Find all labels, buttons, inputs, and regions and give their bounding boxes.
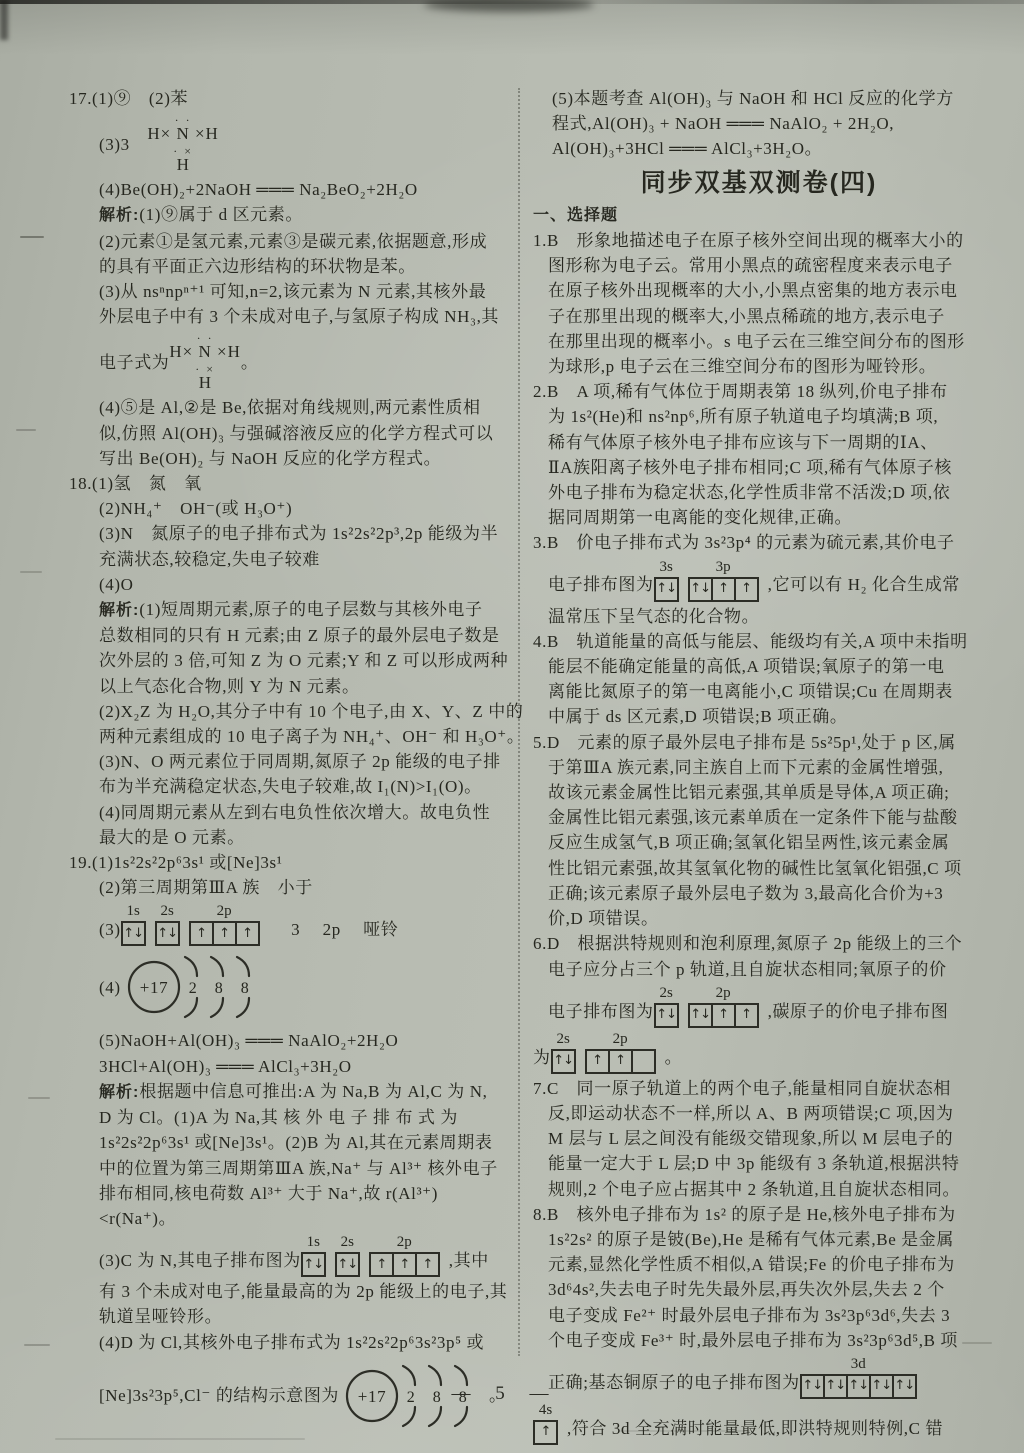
orbital-diagram: (3)C 为 N,其电子排布图为1s↑↓2s↑↓2p↑↑↑,其中 [69, 1233, 515, 1277]
text-line: M 层与 L 层之间没有能级交错现象,所以 M 层电子的 [533, 1126, 985, 1151]
text-line: (4)O [69, 572, 515, 597]
orbital-label: 2p [613, 1030, 628, 1049]
text-run: (3)3 [99, 132, 147, 157]
text-line: (5)NaOH+Al(OH)₃ ═══ NaAlO₂+2H₂O [69, 1028, 515, 1053]
orbital-group-2p: 2p↑↑ [585, 1030, 656, 1074]
orbital-box: ↑↓ [335, 1252, 360, 1277]
orbital-group-2p: 2p↑↓↑↑ [688, 984, 759, 1028]
text-line: 解析:根据题中信息可推出:A 为 Na,B 为 Al,C 为 N, [69, 1079, 515, 1105]
text-run: 。 [665, 1045, 683, 1074]
text-line: 稀有气体原子核外电子排布应该与下一周期的ⅠA、 [533, 430, 985, 455]
text-run: (4) [99, 975, 121, 1000]
text-line: 19.(1)1s²2s²2p⁶3s¹ 或[Ne]3s¹ [69, 850, 515, 875]
text-line: 温常压下呈气态的化合物。 [533, 604, 985, 629]
orbital-label: 2s [160, 902, 173, 921]
margin-mark [28, 1097, 50, 1099]
text-run: ,符合 3d 全充满时能量最低,即洪特规则特例,C 错 [567, 1416, 943, 1445]
lewis-structure: (3)3 · ·H× N ×H· ×H [69, 114, 515, 174]
text-line: 布为半充满稳定状态,失电子较难,故 I₁(N)>I₁(O)。 [69, 774, 515, 799]
text-line: 以上气态化合物,则 Y 为 N 元素。 [69, 674, 515, 699]
text-line: 5.D 元素的原子最外层电子排布是 5s²5p¹,处于 p 区,属 [533, 730, 985, 755]
text-line: 的具有平面正六边形结构的环状物是苯。 [69, 254, 515, 279]
text-run: 。 [241, 350, 259, 375]
text-line: (2)第三周期第ⅢA 族 小于 [69, 875, 515, 900]
svg-text:8: 8 [240, 980, 249, 997]
atom-shell-drawing: +17288 [121, 948, 271, 1026]
text-line: 为 1s²(He)和 ns²np⁶,所有原子轨道电子均填满;B 项, [533, 404, 985, 429]
text-line: 两种元素组成的 10 电子离子为 NH₄⁺、OH⁻ 和 H₃O⁺。 [69, 724, 515, 749]
text-line: 有 3 个未成对电子,能量最高的为 2p 能级上的电子,其 [69, 1279, 515, 1304]
lewis-row: H× N ×H [169, 343, 241, 363]
orbital-group-2s: 2s↑↓ [654, 984, 679, 1028]
orbital-box: ↑ [608, 1049, 633, 1074]
text-line: ⅡA族阳离子核外电子排布相同;C 项,稀有气体原子核 [533, 455, 985, 480]
orbital-box: ↑ [711, 1003, 736, 1028]
text-line: 4.B 轨道能量的高低与能层、能级均有关,A 项中未指明 [533, 629, 985, 654]
lewis-structure-rows: · ·H× N ×H· ×H [147, 114, 219, 174]
text-line: <r(Na⁺)。 [69, 1206, 515, 1231]
text-line: 规则,2 个电子应占据其中 2 条轨道,且自旋状态相同。 [533, 1177, 985, 1202]
text-line: 金属性比铝元素强,该元素单质在一定条件下能与盐酸 [533, 805, 985, 830]
text-line: 反应生成氢气,B 项正确;氢氧化铝呈两性,该元素金属 [533, 830, 985, 855]
text-line: D 为 Cl。(1)A 为 Na,其 核 外 电 子 排 布 式 为 [69, 1105, 515, 1130]
text-run: ,碳原子的价电子排布图 [768, 999, 949, 1028]
text-line: 反,即运动状态不一样,所以 A、B 两项错误;C 项,因为 [533, 1101, 985, 1126]
text-line: (2)元素①是氢元素,元素③是碳元素,依据题意,形成 [69, 229, 515, 254]
text-line: 3d⁶4s²,失去电子时先失最外层,再失次外层,失去 2 个 [533, 1277, 985, 1302]
text-run: 电子排布图为 [548, 999, 654, 1028]
text-run: 电子式为 [99, 350, 169, 375]
text-run: (1)⑨属于 d 区元素。 [139, 205, 303, 224]
margin-mark [24, 1344, 50, 1346]
orbital-label: 2s [341, 1233, 354, 1252]
text-line: 外层电子中有 3 个未成对电子,与氢原子构成 NH₃,其 [69, 304, 515, 329]
margin-mark [20, 571, 42, 573]
svg-text:+17: +17 [139, 978, 167, 997]
text-line: 故该元素金属性比铝元素强,其单质是导体,A 项正确; [533, 780, 985, 805]
svg-text:2: 2 [188, 980, 197, 997]
text-line: 最大的是 O 元素。 [69, 825, 515, 850]
orbital-label: 3s [659, 558, 672, 577]
orbital-box: ↑ [533, 1420, 558, 1445]
text-line: 1s²2s² 的原子是铍(Be),He 是稀有气体元素,Be 是金属 [533, 1227, 985, 1252]
orbital-group-4s: 4s↑ [533, 1401, 558, 1445]
text-line: 中属于 ds 区元素,D 项错误;B 项正确。 [533, 704, 985, 729]
orbital-group-2s: 2s↑↓ [551, 1030, 576, 1074]
orbital-label: 1s [126, 902, 139, 921]
orbital-box: ↑ [392, 1252, 417, 1277]
text-line: 程式,Al(OH)₃ + NaOH ═══ NaAlO₂ + 2H₂O, [533, 111, 985, 136]
text-line: 为球形,p 电子云在三维空间分布的图形为哑铃形。 [533, 354, 985, 379]
text-line: 图形称为电子云。常用小黑点的疏密程度来表示电子 [533, 253, 985, 278]
text-line: 6.D 根据洪特规则和泡利原理,氮原子 2p 能级上的三个 [533, 931, 985, 956]
text-line: 18.(1)氢 氮 氧 [69, 471, 515, 496]
orbital-box: ↑ [189, 921, 214, 946]
text-run: (3)C 为 N,其电子排布图为 [99, 1248, 301, 1277]
text-run: ,其中 [449, 1248, 489, 1277]
orbital-box: ↑↓ [301, 1252, 326, 1277]
text-line: 17.(1)⑨ (2)苯 [69, 86, 515, 111]
text-run: (3) [99, 917, 121, 946]
test-paper-title: 同步双基双测卷(四) [533, 162, 985, 203]
text-run: 3 2p 哑铃 [269, 917, 399, 946]
orbital-label: 2p [397, 1233, 412, 1252]
text-line: 1.B 形象地描述电子在原子核外空间出现的概率大小的 [533, 228, 985, 253]
text-line: 充满状态,较稳定,失电子较难 [69, 547, 515, 572]
text-line: 2.B A 项,稀有气体位于周期表第 18 纵列,价电子排布 [533, 379, 985, 404]
text-line: 正确;该元素原子最外层电子数为 3,最高化合价为+3 [533, 881, 985, 906]
text-run: 根据题中信息可推出:A 为 Na,B 为 Al,C 为 N, [139, 1082, 487, 1101]
orbital-box: ↑ [585, 1049, 610, 1074]
scan-top-smudge [424, 0, 594, 12]
orbital-group-2p: 2p↑↑↑ [369, 1233, 440, 1277]
text-line: (4)Be(OH)₂+2NaOH ═══ Na₂BeO₂+2H₂O [69, 177, 515, 202]
orbital-box: ↑↓ [155, 921, 180, 946]
orbital-box: ↑ [235, 921, 260, 946]
orbital-diagram: 4s↑,符合 3d 全充满时能量最低,即洪特规则特例,C 错 [533, 1401, 985, 1445]
text-run: 为 [533, 1045, 551, 1074]
orbital-label: 3d [851, 1355, 866, 1374]
text-line: (3)N 氮原子的电子排布式为 1s²2s²2p³,2p 能级为半 [69, 521, 515, 546]
text-line: 外电子排布为稳定状态,化学性质非常不活泼;D 项,依 [533, 480, 985, 505]
text-line: 轨道呈哑铃形。 [69, 1304, 515, 1329]
orbital-box: ↑ [734, 577, 759, 602]
scan-bottom-artifact [55, 1438, 305, 1440]
orbital-box: ↑↓ [121, 921, 146, 946]
orbital-box: ↑ [369, 1252, 394, 1277]
text-line: 8.B 核外电子排布为 1s² 的原子是 He,核外电子排布为 [533, 1202, 985, 1227]
text-line: (5)本题考查 Al(OH)₃ 与 NaOH 和 HCl 反应的化学方 [533, 86, 985, 111]
text-line: 排布相同,核电荷数 Al³⁺ 大于 Na⁺,故 r(Al³⁺) [69, 1181, 515, 1206]
orbital-box: ↑ [734, 1003, 759, 1028]
orbital-box: ↑ [415, 1252, 440, 1277]
text-line: 总数相同的只有 H 元素;由 Z 原子的最外层电子数是 [69, 623, 515, 648]
text-line: 在原子核外出现概率的大小,小黑点密集的地方表示电 [533, 278, 985, 303]
text-line: 于第ⅢA 族元素,同主族自上而下元素的金属性增强, [533, 755, 985, 780]
text-line: 3HCl+Al(OH)₃ ═══ AlCl₃+3H₂O [69, 1054, 515, 1079]
text-line: 性比铝元素强,故其氢氧化物的碱性比氢氧化铝强,C 项 [533, 856, 985, 881]
orbital-group-2p: 2p↑↑↑ [189, 902, 260, 946]
text-line: 电子应分占三个 p 轨道,且自旋状态相同;氧原子的价 [533, 957, 985, 982]
text-line: 在那里出现的概率小。s 电子云在三维空间分布的图形 [533, 329, 985, 354]
text-line: 子在那里出现的概率大,小黑点稀疏的地方,表示电子 [533, 304, 985, 329]
text-line: 解析:(1)短周期元素,原子的电子层数与其核外电子 [69, 597, 515, 623]
orbital-box: ↑↓ [688, 577, 713, 602]
orbital-label: 2s [659, 984, 672, 1003]
orbital-box: ↑ [212, 921, 237, 946]
text-line: 次外层的 3 倍,可知 Z 为 O 元素;Y 和 Z 可以形成两种 [69, 648, 515, 673]
section-heading: 一、选择题 [533, 203, 985, 228]
orbital-label: 1s [307, 1233, 320, 1252]
orbital-group-2s: 2s↑↓ [155, 902, 180, 946]
orbital-diagram: 为2s↑↓2p↑↑。 [533, 1030, 985, 1074]
scanned-workbook-page: 17.(1)⑨ (2)苯(3)3 · ·H× N ×H· ×H(4)Be(OH)… [0, 0, 1024, 1453]
orbital-group-2s: 2s↑↓ [335, 1233, 360, 1277]
text-line: 似,仿照 Al(OH)₃ 与强碱溶液反应的化学方程式可以 [69, 421, 515, 446]
margin-mark [16, 429, 36, 431]
orbital-box: ↑↓ [688, 1003, 713, 1028]
orbital-label: 3p [716, 558, 731, 577]
orbital-diagram: (3)1s↑↓2s↑↓2p↑↑↑ 3 2p 哑铃 [69, 902, 515, 946]
text-line: (3)N、O 两元素位于同周期,氮原子 2p 能级的电子排 [69, 749, 515, 774]
orbital-group-1s: 1s↑↓ [301, 1233, 326, 1277]
lewis-structure: 电子式为 · ·H× N ×H· ×H。 [69, 332, 515, 392]
text-run: (1)短周期元素,原子的电子层数与其核外电子 [139, 600, 482, 619]
text-line: (4)D 为 Cl,其核外电子排布式为 1s²2s²2p⁶3s²3p⁵ 或 [69, 1330, 515, 1355]
text-line: (4)同周期元素从左到右电负性依次增大。故电负性 [69, 800, 515, 825]
orbital-label: 2s [556, 1030, 569, 1049]
orbital-label: 2p [716, 984, 731, 1003]
text-line: (2)X₂Z 为 H₂O,其分子中有 10 个电子,由 X、Y、Z 中的 [69, 699, 515, 724]
atomic-structure-diagram: (4)+17288 [69, 948, 515, 1026]
orbital-group-3p: 3p↑↓↑↑ [688, 558, 759, 602]
text-line: 写出 Be(OH)₂ 与 NaOH 反应的化学方程式。 [69, 446, 515, 471]
text-line: 3.B 价电子排布式为 3s²3p⁴ 的元素为硫元素,其价电子 [533, 530, 985, 555]
text-line: 价,D 项错误。 [533, 906, 985, 931]
text-line: 中的位置为第三周期第ⅢA 族,Na⁺ 与 Al³⁺ 核外电子 [69, 1156, 515, 1181]
page-number: — 5 — [0, 1383, 1010, 1405]
lewis-row: H× N ×H [147, 125, 219, 145]
text-line: 能量一定大于 L 层;D 中 3p 能级有 3 条轨道,根据洪特 [533, 1151, 985, 1176]
analysis-label: 解析: [99, 207, 139, 224]
orbital-box: ↑↓ [654, 1003, 679, 1028]
orbital-box: ↑↓ [654, 577, 679, 602]
text-line: (4)⑤是 Al,②是 Be,依据对角线规则,两元素性质相 [69, 395, 515, 420]
lewis-structure-rows: · ·H× N ×H· ×H [169, 332, 241, 392]
orbital-box-empty [631, 1049, 656, 1074]
svg-text:8: 8 [214, 980, 223, 997]
text-line: 7.C 同一原子轨道上的两个电子,能量相同自旋状态相 [533, 1076, 985, 1101]
text-line: 解析:(1)⑨属于 d 区元素。 [69, 202, 515, 228]
orbital-group-3s: 3s↑↓ [654, 558, 679, 602]
analysis-label: 解析: [99, 602, 139, 619]
text-run: 电子排布图为 [548, 572, 654, 601]
text-line: (3)从 nsⁿnpⁿ⁺¹ 可知,n=2,该元素为 N 元素,其核外最 [69, 279, 515, 304]
analysis-label: 解析: [99, 1084, 139, 1101]
lewis-row: H [199, 374, 212, 392]
scan-corner-smudge [0, 0, 8, 40]
lewis-row: H [177, 156, 190, 174]
text-line: 元素,显然化学性质不相似,A 错误;Fe 的价电子排布为 [533, 1252, 985, 1277]
orbital-diagram: 电子排布图为2s↑↓2p↑↓↑↑,碳原子的价电子排布图 [533, 984, 985, 1028]
text-line: 电子变成 Fe²⁺ 时最外层电子排布为 3s²3p⁶3d⁶,失去 3 [533, 1303, 985, 1328]
orbital-group-1s: 1s↑↓ [121, 902, 146, 946]
orbital-box: ↑ [711, 577, 736, 602]
left-column: 17.(1)⑨ (2)苯(3)3 · ·H× N ×H· ×H(4)Be(OH)… [69, 86, 515, 1437]
text-line: 能层不能确定能量的高低,A 项错误;氧原子的第一电 [533, 654, 985, 679]
right-column: (5)本题考查 Al(OH)₃ 与 NaOH 和 HCl 反应的化学方程式,Al… [533, 86, 985, 1447]
text-run: ,它可以有 H₂ 化合生成常 [768, 572, 960, 601]
text-line: 1s²2s²2p⁶3s¹ 或[Ne]3s¹。(2)B 为 Al,其在元素周期表 [69, 1130, 515, 1155]
text-line: (2)NH₄⁺ OH⁻(或 H₃O⁺) [69, 496, 515, 521]
orbital-diagram: 电子排布图为3s↑↓3p↑↓↑↑,它可以有 H₂ 化合生成常 [533, 558, 985, 602]
text-line: 个电子变成 Fe³⁺ 时,最外层电子排布为 3s²3p⁶3d⁵,B 项 [533, 1328, 985, 1353]
margin-mark [20, 236, 44, 238]
orbital-box: ↑↓ [551, 1049, 576, 1074]
orbital-label: 2p [217, 902, 232, 921]
text-line: 据同周期第一电离能的变化规律,正确。 [533, 505, 985, 530]
text-line: Al(OH)₃+3HCl ═══ AlCl₃+3H₂O。 [533, 136, 985, 161]
text-line: 离能比氮原子的第一电离能小,C 项错误;Cu 在周期表 [533, 679, 985, 704]
